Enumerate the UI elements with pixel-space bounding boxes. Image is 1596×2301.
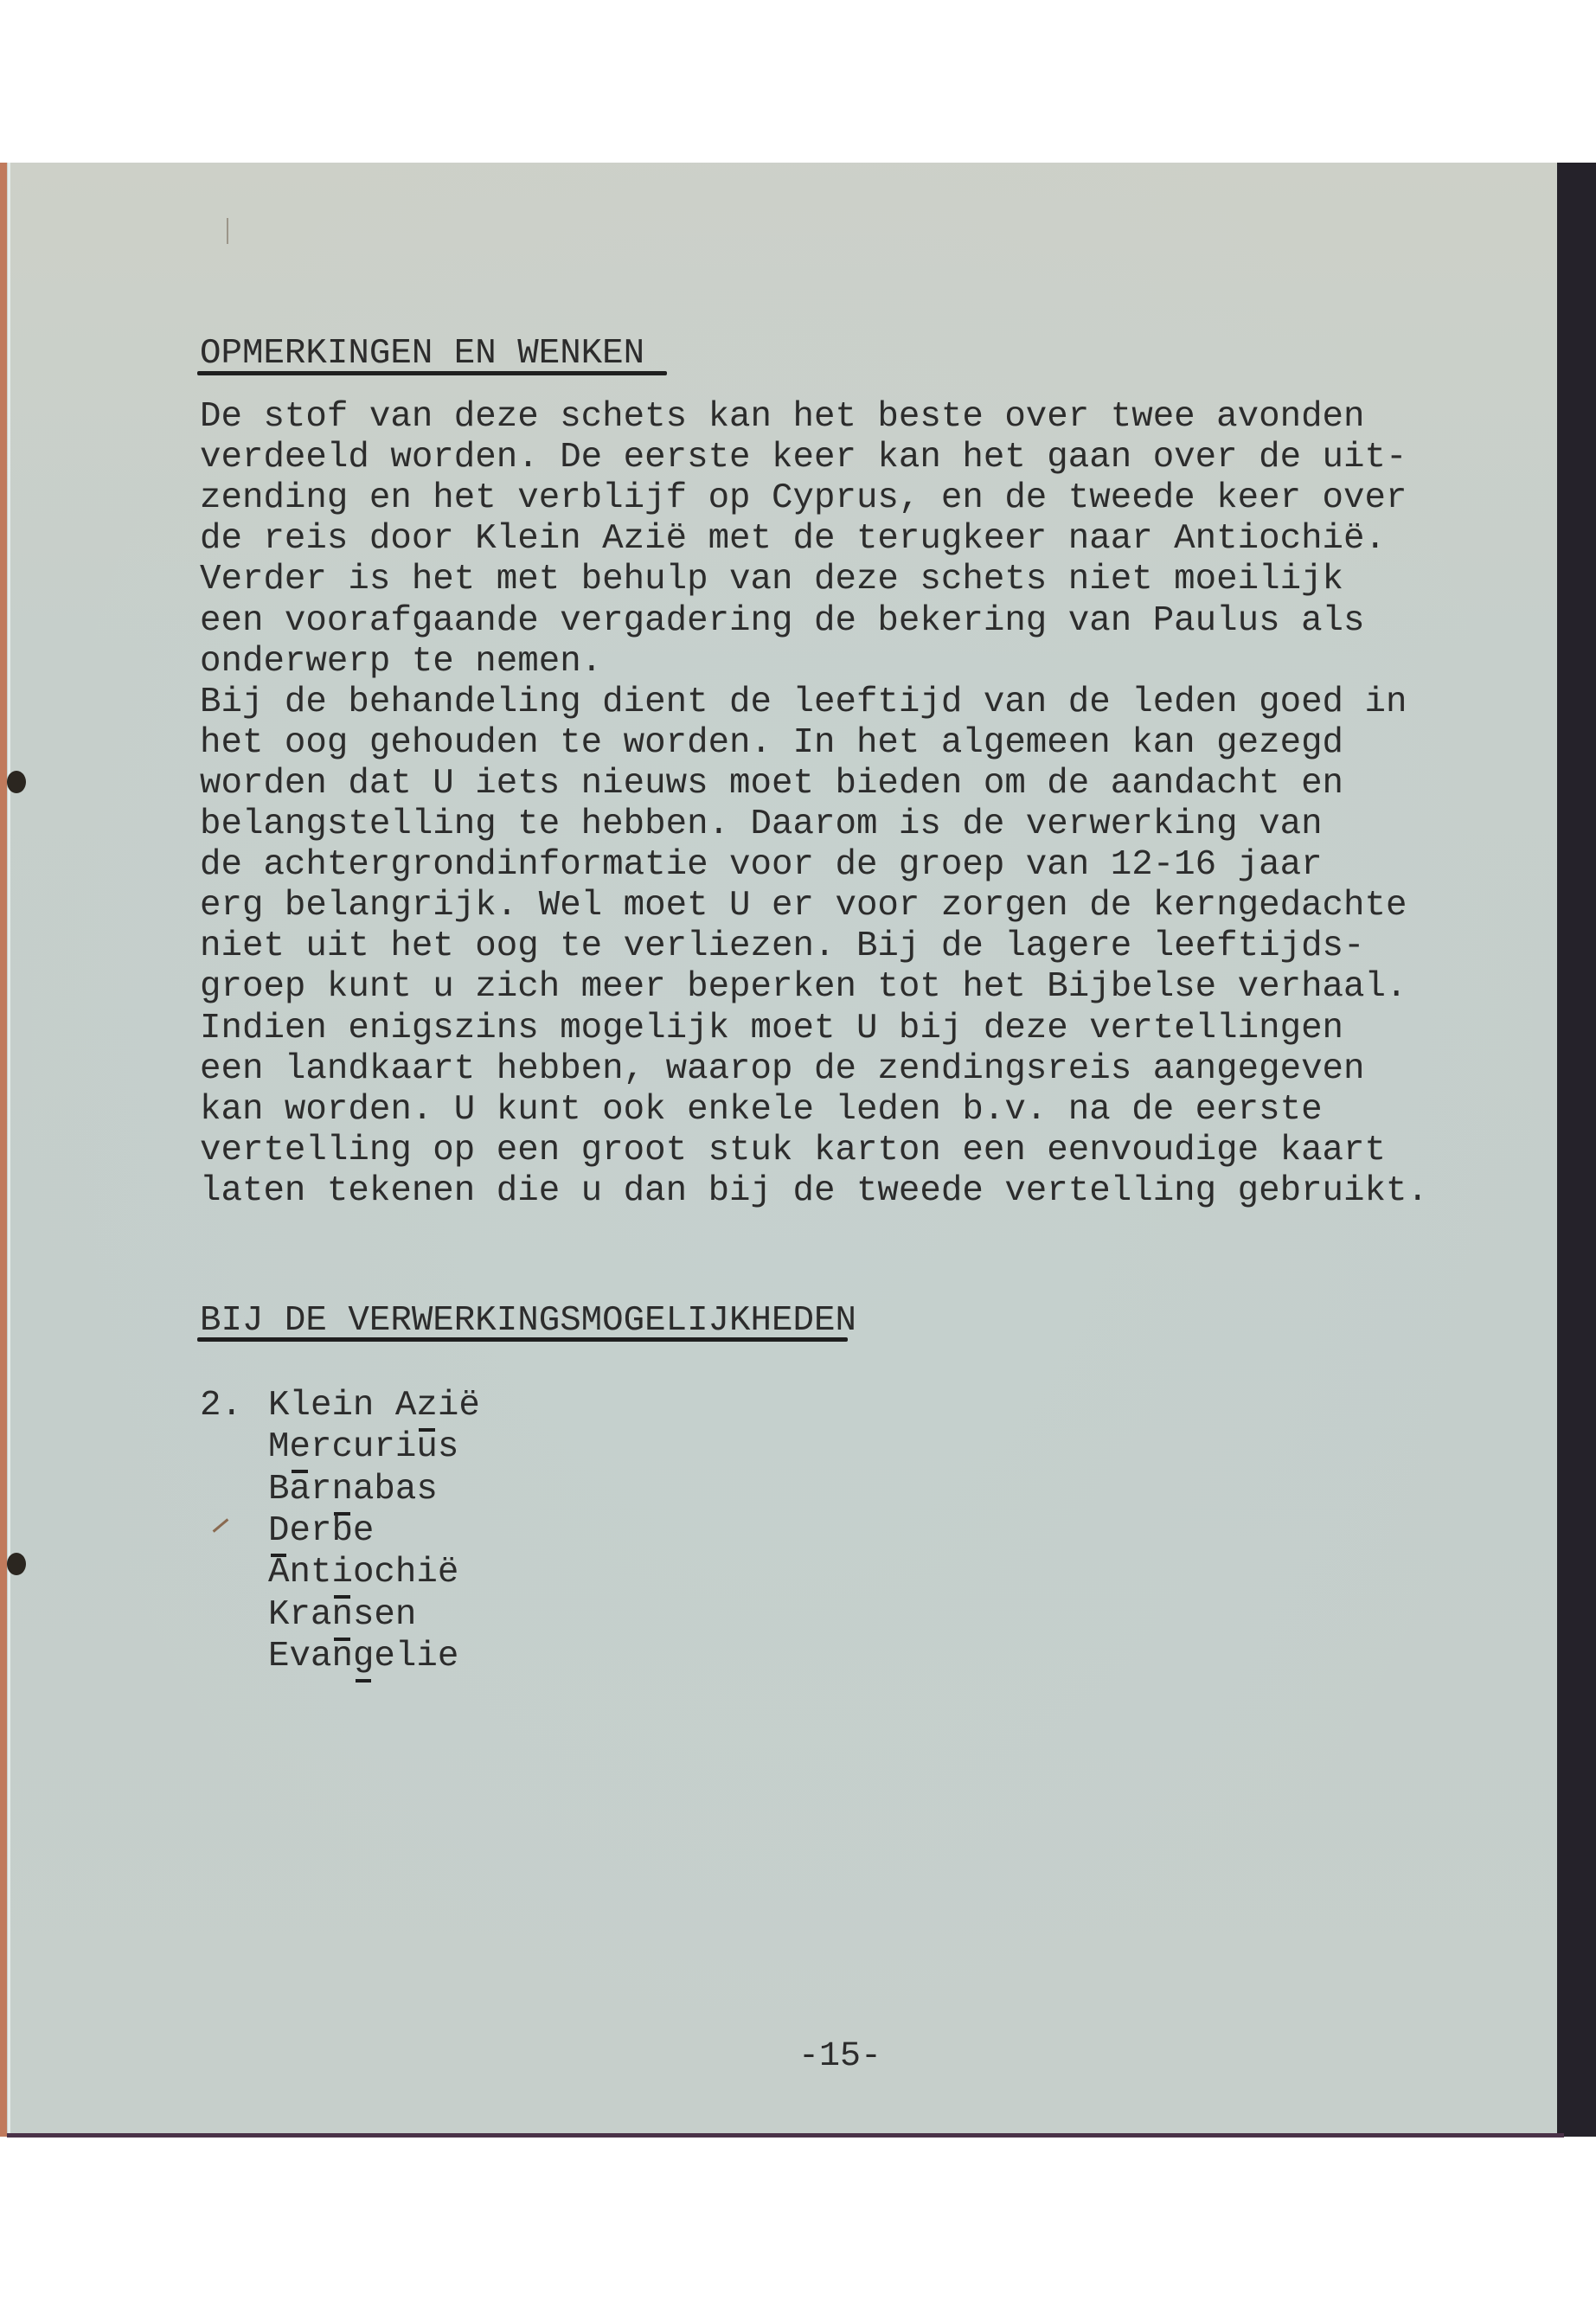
- text-line: de reis door Klein Azië met de terugkeer…: [200, 519, 1386, 560]
- punch-hole-top: [7, 771, 26, 793]
- stress-mark: g: [353, 1636, 374, 1677]
- text-line: groep kunt u zich meer beperken tot het …: [200, 967, 1407, 1008]
- list-number: 2.: [200, 1385, 242, 1426]
- heading-underline: [197, 371, 667, 375]
- scan-background-edge: [1557, 163, 1596, 2137]
- text-line: onderwerp te nemen.: [200, 642, 602, 683]
- stress-mark: n: [331, 1594, 352, 1636]
- list-item: Barnabas: [268, 1469, 438, 1510]
- list-item: Kransen: [268, 1594, 416, 1636]
- text-line: het oog gehouden te worden. In het algem…: [200, 723, 1343, 764]
- page-number: -15-: [0, 2036, 1596, 2077]
- section-heading-verwerkingsmogelijkheden: BIJ DE VERWERKINGSMOGELIJKHEDEN: [200, 1301, 856, 1342]
- stress-mark: D: [268, 1510, 289, 1552]
- list-item: Mercurius: [268, 1426, 458, 1468]
- text-line: kan worden. U kunt ook enkele leden b.v.…: [200, 1090, 1323, 1131]
- text-line: vertelling op een groot stuk karton een …: [200, 1131, 1386, 1171]
- heading-underline: [197, 1337, 848, 1342]
- stress-mark: z: [416, 1385, 437, 1426]
- text-line: een voorafgaande vergadering de bekering…: [200, 601, 1365, 642]
- text-line: zending en het verblijf op Cyprus, en de…: [200, 478, 1407, 519]
- list-item: Antiochië: [268, 1552, 458, 1593]
- text-line: Bij de behandeling dient de leeftijd van…: [200, 683, 1407, 723]
- section-heading-opmerkingen: OPMERKINGEN EN WENKEN: [200, 334, 644, 375]
- text-line: De stof van deze schets kan het beste ov…: [200, 397, 1365, 438]
- binding-edge: [0, 163, 7, 2137]
- text-line: worden dat U iets nieuws moet bieden om …: [200, 764, 1343, 804]
- stress-mark: i: [331, 1552, 352, 1593]
- text-line: verdeeld worden. De eerste keer kan het …: [200, 438, 1407, 478]
- stray-mark: [227, 218, 228, 244]
- page-bottom-edge: [7, 2133, 1564, 2138]
- stress-mark: e: [289, 1426, 310, 1468]
- punch-hole-bottom: [7, 1553, 26, 1575]
- text-line: niet uit het oog te verliezen. Bij de la…: [200, 926, 1365, 967]
- list-item: Evangelie: [268, 1636, 458, 1677]
- list-item: Klein Azië: [268, 1385, 480, 1426]
- stress-mark: n: [331, 1469, 352, 1510]
- text-line: een landkaart hebben, waarop de zendings…: [200, 1049, 1365, 1090]
- text-line: laten tekenen die u dan bij de tweede ve…: [200, 1171, 1428, 1212]
- text-line: de achtergrondinformatie voor de groep v…: [200, 845, 1323, 886]
- text-line: erg belangrijk. Wel moet U er voor zorge…: [200, 886, 1407, 926]
- text-line: belangstelling te hebben. Daarom is de v…: [200, 804, 1323, 845]
- text-line: Indien enigszins mogelijk moet U bij dez…: [200, 1009, 1343, 1049]
- page-edge-highlight: [8, 163, 10, 2137]
- list-item: Derbe: [268, 1510, 374, 1552]
- text-line: Verder is het met behulp van deze schets…: [200, 560, 1343, 600]
